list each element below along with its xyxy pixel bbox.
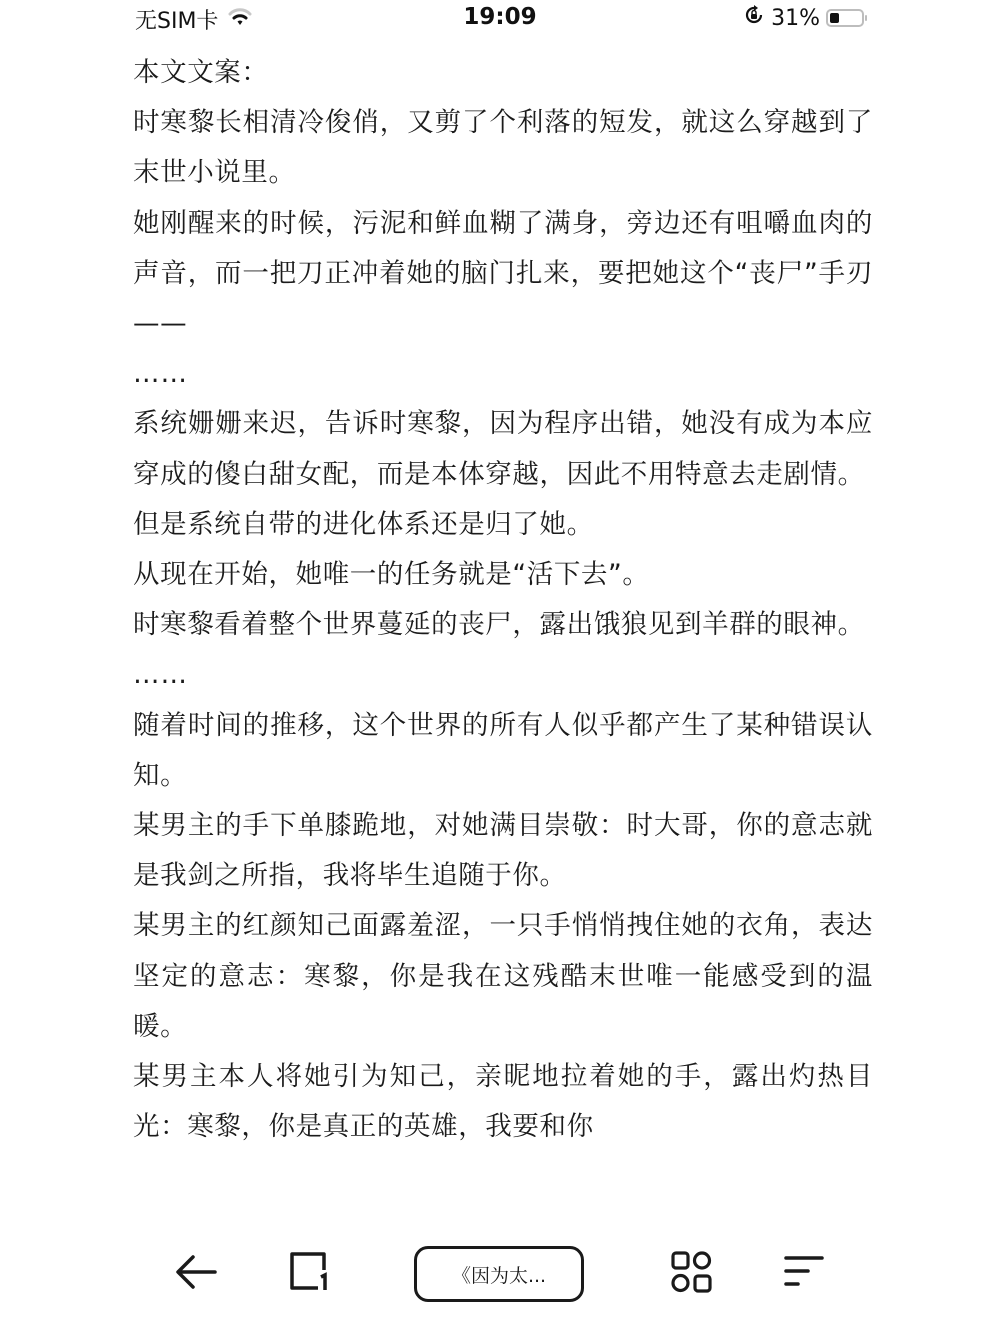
paragraph: 时寒黎长相清冷俊俏，又剪了个利落的短发，就这么穿越到了末世小说里。: [133, 98, 873, 198]
back-button[interactable]: [166, 1244, 226, 1304]
ellipsis-separator: ……: [133, 650, 873, 700]
paragraph: 某男主的手下单膝跪地，对她满目崇敬：时大哥，你的意志就是我剑之所指，我将毕生追随…: [133, 801, 873, 901]
chapter-title-label: 《因为太...: [452, 1261, 546, 1288]
paragraph: 系统姗姗来迟，告诉时寒黎，因为程序出错，她没有成为本应穿成的傻白甜女配，而是本体…: [133, 399, 873, 499]
synopsis-heading: 本文文案：: [133, 48, 873, 98]
status-right: 31%: [743, 4, 864, 32]
paragraph: 随着时间的推移，这个世界的所有人似乎都产生了某种错误认知。: [133, 701, 873, 801]
menu-lines-icon: [780, 1252, 824, 1296]
apps-button[interactable]: [662, 1244, 722, 1304]
page-button[interactable]: [280, 1244, 340, 1304]
status-bar: 无SIM卡 19:09 31%: [0, 0, 1000, 40]
paragraph: 从现在开始，她唯一的任务就是“活下去”。: [133, 550, 873, 600]
paragraph: 她刚醒来的时候，污泥和鲜血糊了满身，旁边还有咀嚼血肉的声音，而一把刀正冲着她的脑…: [133, 199, 873, 350]
paragraph: 但是系统自带的进化体系还是归了她。: [133, 500, 873, 550]
battery-icon: [826, 9, 864, 27]
orientation-lock-icon: [743, 4, 765, 32]
chapter-title-button[interactable]: 《因为太...: [414, 1246, 584, 1302]
menu-button[interactable]: [772, 1244, 832, 1304]
battery-percent: 31%: [771, 6, 820, 31]
page-number-icon: [288, 1250, 332, 1298]
reader-content[interactable]: 本文文案： 时寒黎长相清冷俊俏，又剪了个利落的短发，就这么穿越到了末世小说里。 …: [133, 48, 873, 1218]
paragraph: 时寒黎看着整个世界蔓延的丧尸，露出饿狼见到羊群的眼神。: [133, 600, 873, 650]
bottom-toolbar: 《因为太...: [0, 1230, 1000, 1320]
paragraph: 某男主本人将她引为知己，亲昵地拉着她的手，露出灼热目光：寒黎，你是真正的英雄，我…: [133, 1052, 873, 1152]
apps-grid-icon: [670, 1250, 714, 1298]
paragraph: 某男主的红颜知己面露羞涩，一只手悄悄拽住她的衣角，表达坚定的意志：寒黎，你是我在…: [133, 901, 873, 1052]
back-arrow-icon: [173, 1252, 219, 1296]
ellipsis-separator: ……: [133, 349, 873, 399]
